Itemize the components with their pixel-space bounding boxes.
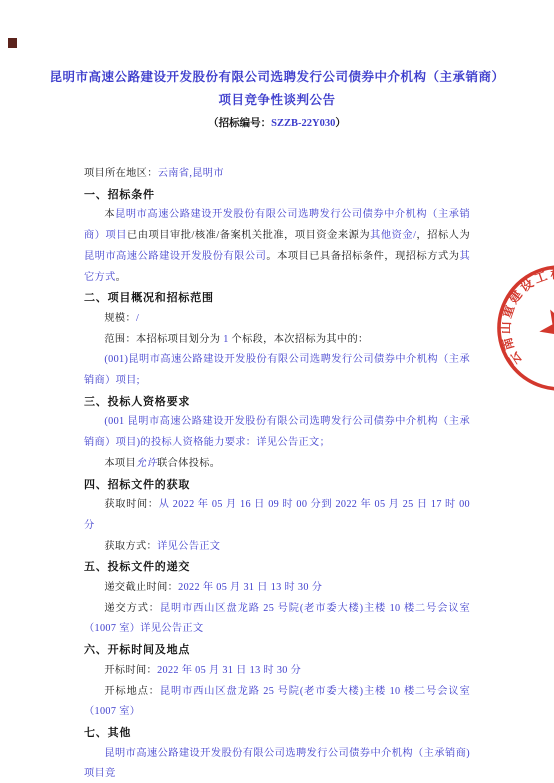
text-run: 本项目 [104,458,136,469]
seal-company-name: 云南山重建设工程有限公司 [494,262,554,368]
paragraph: 获取方式：详见公告正文 [84,537,470,558]
tender-number-label: （招标编号： [208,118,271,129]
text-run: 项目所在地区： [84,168,158,179]
field-value-text: 云南省,昆明市 [158,168,224,179]
text-run: 。本项目已具备招标条件，现招标方式为 [266,251,459,262]
section-heading: 六、开标时间及地点 [84,640,470,661]
text-run: 开标时间： [104,665,157,676]
text-run: 已由项目审批/核准/备案机关批准，项目资金来源为 [127,230,370,241]
paragraph: 获取时间：从 2022 年 05 月 16 日 09 时 00 分到 2022 … [84,495,470,536]
paragraph: 昆明市高速公路建设开发股份有限公司选聘发行公司债券中介机构（主承销商)项目竞 [84,744,470,783]
text-run: 递交方式： [104,603,160,614]
text-run: 六、开标时间及地点 [84,644,190,656]
section-heading: 三、投标人资格要求 [84,392,470,413]
paragraph: 本昆明市高速公路建设开发股份有限公司选聘发行公司债券中介机构（主承销商）项目已由… [84,205,470,288]
paragraph: 项目所在地区：云南省,昆明市 [84,164,470,185]
section-heading: 七、其他 [84,723,470,744]
field-value-text: 其他资金/ [370,230,416,241]
paragraph: 递交截止时间：2022 年 05 月 31 日 13 时 30 分 [84,578,470,599]
field-value-text: (001)昆明市高速公路建设开发股份有限公司选聘发行公司债券中介机构（主承销商）… [84,354,470,386]
text-run: 本 [104,209,115,220]
section-heading: 五、投标文件的递交 [84,557,470,578]
text-run: ，招标人为 [416,230,470,241]
text-run: 二、项目概况和招标范围 [84,292,214,304]
seal-outer-ring [494,262,554,394]
field-value-text: (001 昆明市高速公路建设开发股份有限公司选聘发行公司债券中介机构（主承销商）… [84,416,470,448]
section-heading: 二、项目概况和招标范围 [84,288,470,309]
field-value-text: 2022 年 05 月 31 日 13 时 30 分 [178,582,322,593]
text-run: 规模： [104,313,136,324]
field-value-text: / [136,313,139,324]
text-run: 范围：本招标项目划分为 [104,334,223,345]
text-run: 。 [116,272,127,283]
document-title-line1: 昆明市高速公路建设开发股份有限公司选聘发行公司债券中介机构（主承销商） [0,66,554,89]
section-heading: 四、招标文件的获取 [84,475,470,496]
section-heading: 一、招标条件 [84,185,470,206]
tender-number: （招标编号：SZZB-22Y030） [0,113,554,135]
text-run: 一、招标条件 [84,189,155,201]
text-run: 七、其他 [84,727,131,739]
text-run: 联合体投标。 [157,458,220,469]
text-run: 三、投标人资格要求 [84,396,190,408]
scan-artifact-square [8,38,17,48]
paragraph: 递交方式：昆明市西山区盘龙路 25 号院(老市委大楼)主楼 10 楼二号会议室（… [84,599,470,640]
field-value-text: 昆明市高速公路建设开发股份有限公司 [84,251,266,262]
field-value-text: 详见公告正文 [157,541,220,552]
star-icon [533,300,554,352]
document-header: 昆明市高速公路建设开发股份有限公司选聘发行公司债券中介机构（主承销商） 项目竞争… [0,0,554,135]
paragraph: (001 昆明市高速公路建设开发股份有限公司选聘发行公司债券中介机构（主承销商）… [84,412,470,453]
document-title-line2: 项目竞争性谈判公告 [0,89,554,112]
field-value-text: 允许 [136,458,157,469]
seal-stamp-graphic: 云南山重建设工程有限公司 5301000201 [494,262,554,394]
text-run: 获取方式： [104,541,157,552]
document-body: 项目所在地区：云南省,昆明市一、招标条件本昆明市高速公路建设开发股份有限公司选聘… [84,164,470,783]
paragraph: 本项目允许联合体投标。 [84,454,470,475]
tender-number-value: SZZB-22Y030 [271,118,335,129]
text-run: 个标段，本次招标为其中的： [229,334,369,345]
tender-number-close: ） [335,118,346,129]
text-run: 递交截止时间： [104,582,178,593]
text-run: 五、投标文件的递交 [84,561,190,573]
text-run: 获取时间： [104,499,158,510]
field-value-text: 昆明市高速公路建设开发股份有限公司选聘发行公司债券中介机构（主承销商)项目竞 [84,748,470,780]
text-run: 四、招标文件的获取 [84,479,190,491]
paragraph: 开标时间：2022 年 05 月 31 日 13 时 30 分 [84,661,470,682]
paragraph: 范围：本招标项目划分为 1 个标段，本次招标为其中的： [84,330,470,351]
paragraph: 开标地点：昆明市西山区盘龙路 25 号院(老市委大楼)主楼 10 楼二号会议室（… [84,682,470,723]
paragraph: (001)昆明市高速公路建设开发股份有限公司选聘发行公司债券中介机构（主承销商）… [84,350,470,391]
svg-text:云南山重建设工程有限公司: 云南山重建设工程有限公司 [494,262,554,368]
field-value-text: 2022 年 05 月 31 日 13 时 30 分 [157,665,301,676]
paragraph: 规模：/ [84,309,470,330]
company-seal-stamp: 云南山重建设工程有限公司 5301000201 [494,262,554,394]
text-run: 开标地点： [104,686,160,697]
tender-announcement-page: 昆明市高速公路建设开发股份有限公司选聘发行公司债券中介机构（主承销商） 项目竞争… [0,0,554,783]
